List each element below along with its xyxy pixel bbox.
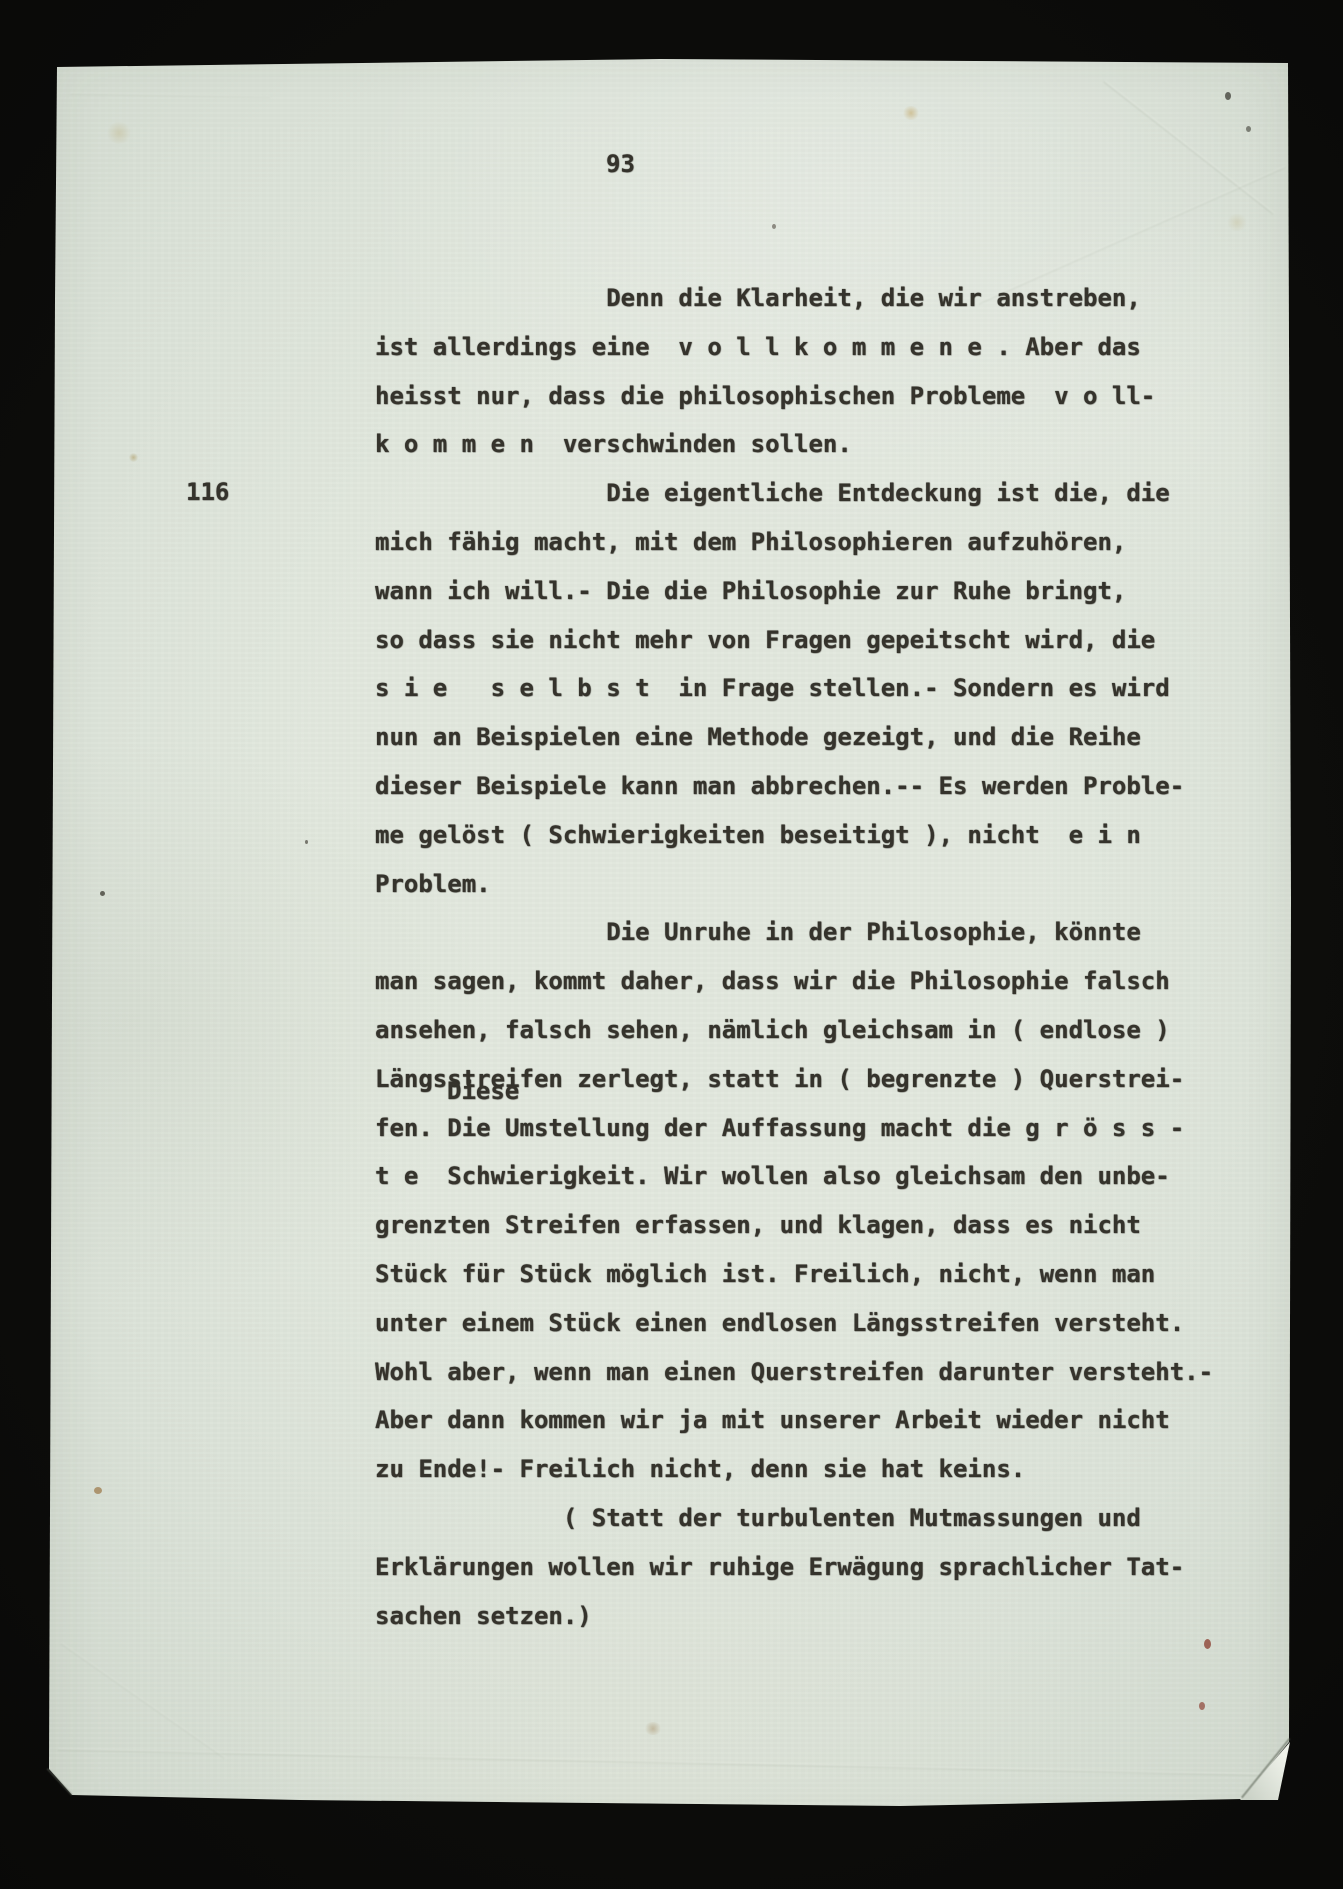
text-line: Wohl aber, wenn man einen Querstreifen d… xyxy=(375,1348,1213,1397)
text-line: Stück für Stück möglich ist. Freilich, n… xyxy=(375,1250,1213,1299)
text-line: k o m m e n verschwinden sollen. xyxy=(375,420,1213,469)
text-line: Erklärungen wollen wir ruhige Erwägung s… xyxy=(375,1543,1213,1592)
text-line: s i e s e l b s t in Frage stellen.- Son… xyxy=(375,664,1213,713)
text-line: ansehen, falsch sehen, nämlich gleichsam… xyxy=(375,1006,1213,1055)
text-line: Die Unruhe in der Philosophie, könnte xyxy=(375,908,1213,957)
text-line: unter einem Stück einen endlosen Längsst… xyxy=(375,1299,1213,1348)
text-line: Problem. xyxy=(375,860,1213,909)
text-line: man sagen, kommt daher, dass wir die Phi… xyxy=(375,957,1213,1006)
text-line: t e Schwierigkeit. Wir wollen also gleic… xyxy=(375,1152,1213,1201)
text-line: ist allerdings eine v o l l k o m m e n … xyxy=(375,323,1213,372)
margin-number: 116 xyxy=(186,468,229,517)
text-line: nun an Beispielen eine Methode gezeigt, … xyxy=(375,713,1213,762)
text-line: grenzten Streifen erfassen, und klagen, … xyxy=(375,1201,1213,1250)
typescript-text: Denn die Klarheit, die wir anstreben,ist… xyxy=(375,274,1213,1640)
text-line: ( Statt der turbulenten Mutmassungen und xyxy=(375,1494,1213,1543)
text-line: heisst nur, dass die philosophischen Pro… xyxy=(375,372,1213,421)
text-line: sachen setzen.) xyxy=(375,1592,1213,1641)
scan-background: { "document": { "type": "typewritten man… xyxy=(0,0,1343,1889)
text-line: Aber dann kommen wir ja mit unserer Arbe… xyxy=(375,1396,1213,1445)
text-line: so dass sie nicht mehr von Fragen gepeit… xyxy=(375,616,1213,665)
text-line: dieser Beispiele kann man abbrechen.-- E… xyxy=(375,762,1213,811)
page-number: 93 xyxy=(606,140,635,189)
text-line: Denn die Klarheit, die wir anstreben, xyxy=(375,274,1213,323)
interlinear-insertion: Diese xyxy=(447,1078,519,1104)
text-line: Die eigentliche Entdeckung ist die, die xyxy=(375,469,1213,518)
text-line: mich fähig macht, mit dem Philosophieren… xyxy=(375,518,1213,567)
text-line: zu Ende!- Freilich nicht, denn sie hat k… xyxy=(375,1445,1213,1494)
text-line: wann ich will.- Die die Philosophie zur … xyxy=(375,567,1213,616)
text-line: fen. Die Umstellung der Auffassung macht… xyxy=(375,1104,1213,1153)
text-line: me gelöst ( Schwierigkeiten beseitigt ),… xyxy=(375,811,1213,860)
